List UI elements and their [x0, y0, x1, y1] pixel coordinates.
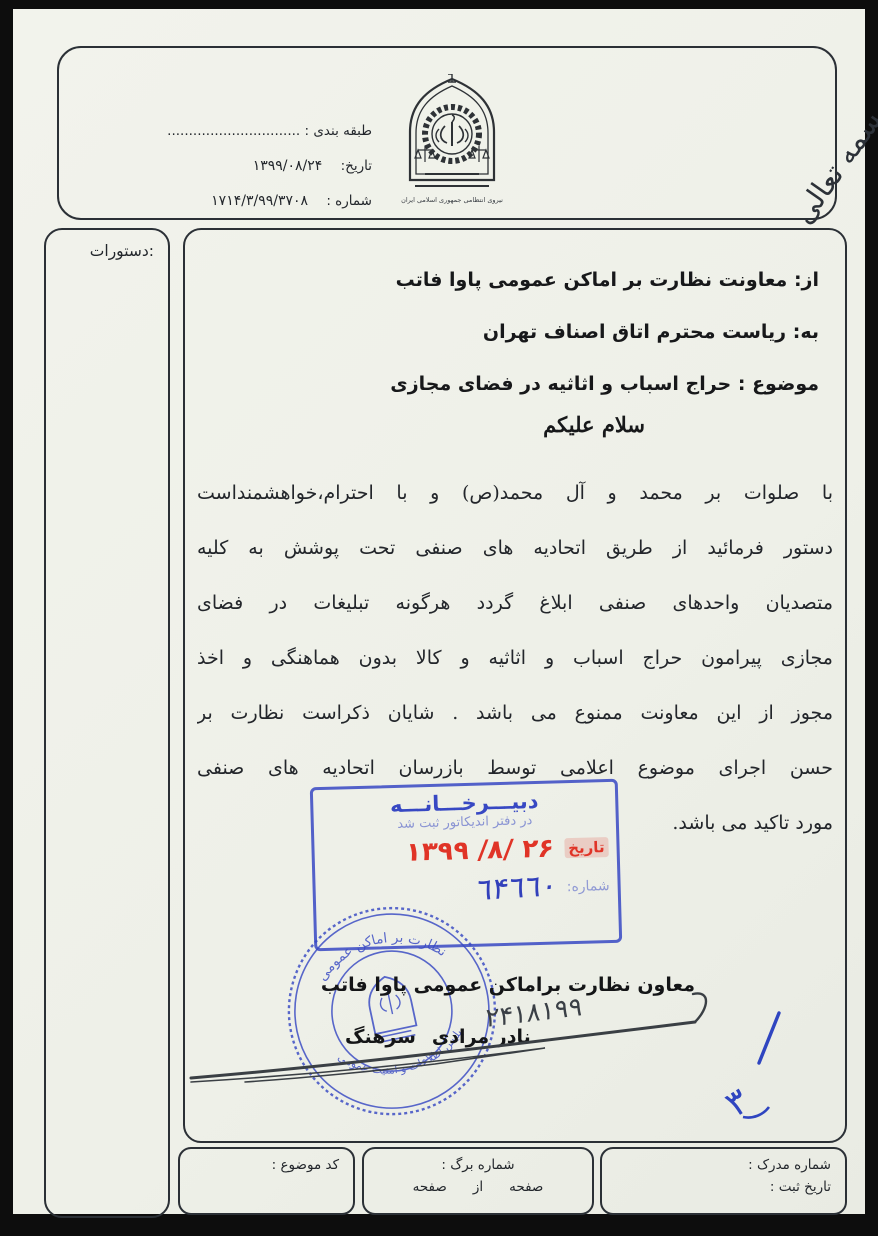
classification-block: طبقه بندی : ............................… [127, 114, 372, 219]
header-box: طبقه بندی : ............................… [57, 46, 837, 220]
date-value: ۱۳۹۹/۰۸/۲۴ [253, 149, 323, 184]
from-label: از: [794, 269, 819, 291]
body-line: دستور فرمائید از طریق اتحادیه های صنفی ت… [197, 521, 833, 576]
signatory-title: معاون نظارت براماکن عمومی پاوا فاتب [321, 974, 695, 996]
date-field: تاریخ: ۱۳۹۹/۰۸/۲۴ [127, 149, 372, 184]
to-line: به: ریاست محترم اتاق اصناف تهران [211, 306, 819, 358]
to-value: ریاست محترم اتاق اصناف تهران [483, 321, 786, 343]
instructions-label: دستورات: [90, 242, 154, 260]
subject-label: موضوع : [738, 373, 819, 395]
stamp-date-row: تاریخ ۱۳۹۹ /۸/ ۲۶ [314, 832, 617, 870]
stamp-date-label: تاریخ [564, 837, 609, 858]
letter-body-box: از: معاونت نظارت بر اماکن عمومی پاوا فات… [183, 228, 847, 1143]
footer-sheet-box: شماره برگ : صفحه از صفحه [362, 1147, 594, 1215]
stamp-number-label: شماره: [567, 878, 610, 895]
subject-line: موضوع : حراج اسباب و اثاثیه در فضای مجاز… [211, 358, 819, 410]
of-word: از [473, 1179, 483, 1195]
sheet-number-label: شماره برگ : [364, 1157, 592, 1173]
police-emblem-icon: نیروی انتظامی جمهوری اسلامی ایران [385, 74, 519, 210]
stamp-date-value: ۱۳۹۹ /۸/ ۲۶ [405, 833, 555, 867]
page-word: صفحه [509, 1179, 543, 1195]
footer-subject-code-box: کد موضوع : [178, 1147, 355, 1215]
doc-number-label: شماره مدرک : [602, 1157, 831, 1173]
letter-header-lines: از: معاونت نظارت بر اماکن عمومی پاوا فات… [211, 254, 819, 410]
stamp-number-value: ٦۴٦٦٠ [474, 868, 559, 908]
number-value: ۱۷۱۴/۳/۹۹/۳۷۰۸ [211, 184, 308, 219]
footer-doc-box: شماره مدرک : تاریخ ثبت : [600, 1147, 847, 1215]
salutation: سلام علیکم [543, 412, 645, 437]
date-label: تاریخ: [341, 158, 372, 174]
instructions-box: دستورات: [44, 228, 170, 1218]
body-line: با صلوات بر محمد و آل محمد(ص) و با احترا… [197, 466, 833, 521]
classification-value: ............................... [167, 123, 300, 139]
body-line: مجوز از این معاونت ممنوع می باشد . شایان… [197, 686, 833, 741]
reg-date-label: تاریخ ثبت : [602, 1179, 831, 1195]
body-line: مجازی پیرامون حراج اسباب و اثاثیه و کالا… [197, 631, 833, 686]
secretariat-stamp: دبیـــرخـــانـــه در دفتر اندیکاتور ثبت … [310, 779, 622, 952]
subject-code-label: کد موضوع : [180, 1157, 339, 1173]
number-label: شماره : [326, 193, 372, 209]
classification-field: طبقه بندی : ............................… [127, 114, 372, 149]
number-field: شماره : ۱۷۱۴/۳/۹۹/۳۷۰۸ [127, 184, 372, 219]
to-label: به: [793, 321, 819, 343]
body-line: متصدیان واحدهای صنفی ابلاغ گردد هرگونه ت… [197, 576, 833, 631]
stamp-number-row: شماره: ٦۴٦٦٠ [315, 868, 618, 911]
scanned-letter: طبقه بندی : ............................… [0, 0, 878, 1236]
emblem-bottom-text: نیروی انتظامی جمهوری اسلامی ایران [401, 196, 503, 204]
subject-value: حراج اسباب و اثاثیه در فضای مجازی [390, 373, 731, 395]
from-value: معاونت نظارت بر اماکن عمومی پاوا فاتب [396, 269, 788, 291]
margin-annotation: ۳ [713, 1005, 803, 1125]
from-line: از: معاونت نظارت بر اماکن عمومی پاوا فات… [211, 254, 819, 306]
page-word-2: صفحه [413, 1179, 447, 1195]
page-of-page: صفحه از صفحه [364, 1179, 592, 1195]
signatory-rank: سرهنگ [345, 1026, 416, 1048]
classification-label: طبقه بندی : [305, 123, 373, 139]
